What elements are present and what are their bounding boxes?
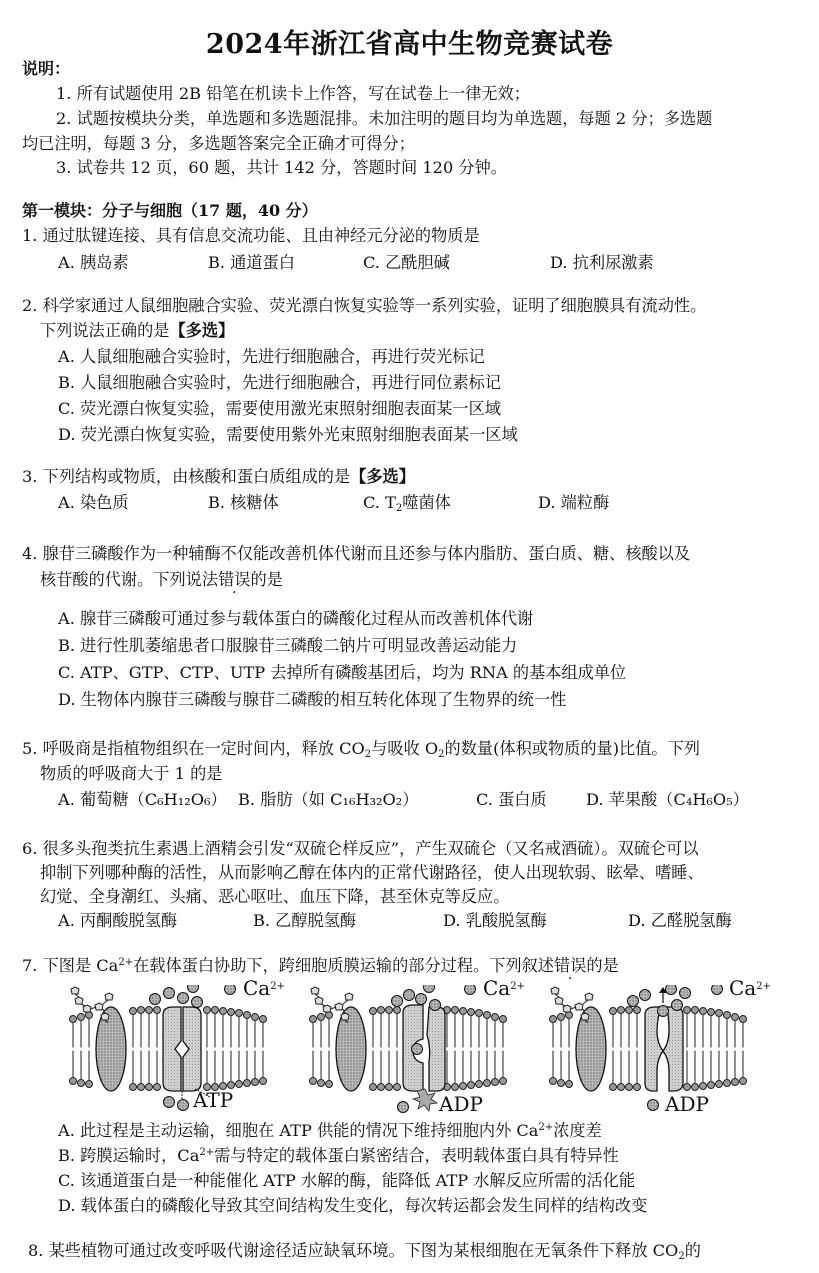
stem-text: 在载体蛋白协助下，跨细胞质膜运输的部分过程。下列叙述 bbox=[133, 956, 554, 975]
question-3-stem: 3. 下列结构或物质，由核酸和蛋白质组成的是【多选】 bbox=[22, 466, 415, 488]
question-6-stem-cont: 幻觉、全身潮红、头痛、恶心呕吐、血压下降，甚至休克等反应。 bbox=[40, 886, 509, 908]
option-a[interactable]: A. 葡萄糖（C₆H₁₂O₆） bbox=[58, 789, 227, 811]
stem-text: 7. 下图是 Ca bbox=[22, 956, 118, 975]
membrane-transport-figure: Ca2+ ATP Ca2+ ADP Ca2+ ADP bbox=[55, 985, 795, 1115]
option-a[interactable]: A. 人鼠细胞融合实验时，先进行细胞融合，再进行荧光标记 bbox=[58, 346, 485, 368]
ion-label: Ca bbox=[483, 976, 510, 1000]
option-d[interactable]: D. 端粒酶 bbox=[538, 492, 609, 514]
question-3-stem-text: 3. 下列结构或物质，由核酸和蛋白质组成的是 bbox=[22, 467, 350, 486]
stem-text: 与吸收 O bbox=[371, 739, 438, 758]
option-c[interactable]: C. ATP、GTP、CTP、UTP 去掉所有磷酸基团后，均为 RNA 的基本组… bbox=[58, 662, 626, 684]
option-b[interactable]: B. 脂肪（如 C₁₆H₃₂O₂） bbox=[238, 789, 419, 811]
option-d[interactable]: D. 抗利尿激素 bbox=[550, 252, 654, 274]
option-a[interactable]: A. 腺苷三磷酸可通过参与载体蛋白的磷酸化过程从而改善机体代谢 bbox=[58, 608, 533, 630]
option-b[interactable]: B. 核糖体 bbox=[208, 492, 279, 514]
option-c-tail: 噬菌体 bbox=[402, 493, 451, 512]
question-6-stem: 6. 很多头孢类抗生素遇上酒精会引发“双硫仑样反应”，产生双硫仑（又名戒酒硫）。… bbox=[22, 838, 699, 860]
option-text: A. 此过程是主动运输，细胞在 ATP 供能的情况下维持细胞内外 Ca bbox=[58, 1121, 538, 1140]
option-c[interactable]: C. 乙酰胆碱 bbox=[363, 252, 450, 274]
question-4-stem: 4. 腺苷三磷酸作为一种辅酶不仅能改善机体代谢而且还参与体内脂肪、蛋白质、糖、核… bbox=[22, 543, 690, 565]
superscript: 2+ bbox=[118, 957, 133, 968]
calcium-ion-label: Ca2+ bbox=[729, 977, 771, 999]
multi-select-tag: 【多选】 bbox=[350, 467, 415, 486]
option-text: B. 跨膜运输时，Ca bbox=[58, 1146, 199, 1165]
adp-label: ADP bbox=[439, 1093, 483, 1115]
multi-select-tag: 【多选】 bbox=[170, 321, 235, 340]
option-d[interactable]: D. 生物体内腺苷三磷酸与腺苷二磷酸的相互转化体现了生物界的统一性 bbox=[58, 689, 566, 711]
exam-page: 2024年浙江省高中生物竞赛试卷 说明： 1. 所有试题使用 2B 铅笔在机读卡… bbox=[0, 0, 819, 1273]
option-a[interactable]: A. 胰岛素 bbox=[58, 252, 129, 274]
option-b[interactable]: B. 跨膜运输时，Ca2+需与特定的载体蛋白紧密结合，表明载体蛋白具有特异性 bbox=[58, 1145, 619, 1167]
option-text: 浓度差 bbox=[553, 1121, 602, 1140]
stem-text: 的 bbox=[685, 1241, 701, 1260]
question-8-stem: 8. 某些植物可通过改变呼吸代谢途径适应缺氧环境。下图为某根细胞在无氧条件下释放… bbox=[28, 1240, 701, 1262]
stem-text: 的数量(体积或物质的量)比值。下列 bbox=[445, 739, 700, 758]
superscript: 2+ bbox=[270, 981, 285, 992]
option-c[interactable]: C. 蛋白质 bbox=[476, 789, 547, 811]
instruction-item: 1. 所有试题使用 2B 铅笔在机读卡上作答，写在试卷上一律无效； bbox=[56, 83, 530, 105]
option-d[interactable]: D. 乙醛脱氢酶 bbox=[628, 910, 732, 932]
question-1-stem: 1. 通过肽键连接、具有信息交流功能、且由神经元分泌的物质是 bbox=[22, 225, 480, 247]
question-3-options: A. 染色质 B. 核糖体 C. T2噬菌体 D. 端粒酶 bbox=[58, 492, 758, 514]
option-a[interactable]: A. 染色质 bbox=[58, 492, 129, 514]
stem-text: 的是 bbox=[586, 956, 618, 975]
superscript: 2+ bbox=[510, 981, 525, 992]
question-5-stem: 5. 呼吸商是指植物组织在一定时间内，释放 CO2与吸收 O2的数量(体积或物质… bbox=[22, 738, 700, 760]
instructions-heading: 说明： bbox=[22, 58, 70, 80]
question-6-options: A. 丙酮酸脱氢酶 B. 乙醇脱氢酶 D. 乳酸脱氢酶 D. 乙醛脱氢酶 bbox=[58, 910, 798, 932]
adp-label: ADP bbox=[665, 1093, 709, 1115]
option-a[interactable]: A. 丙酮酸脱氢酶 bbox=[58, 910, 177, 932]
question-2-stem: 2. 科学家通过人鼠细胞融合实验、荧光漂白恢复实验等一系列实验，证明了细胞膜具有… bbox=[22, 295, 706, 317]
atp-label: ATP bbox=[193, 1089, 233, 1111]
option-text: 需与特定的载体蛋白紧密结合，表明载体蛋白具有特异性 bbox=[214, 1146, 619, 1165]
option-d[interactable]: D. 苹果酸（C₄H₆O₅） bbox=[586, 789, 749, 811]
emphasis-text: 错误 bbox=[218, 570, 250, 589]
stem-text: 5. 呼吸商是指植物组织在一定时间内，释放 CO bbox=[22, 739, 365, 758]
option-c-text: C. T bbox=[363, 493, 396, 512]
ion-label: Ca bbox=[729, 976, 756, 1000]
option-c[interactable]: C. T2噬菌体 bbox=[363, 492, 451, 514]
module-heading: 第一模块：分子与细胞（17 题，40 分） bbox=[22, 200, 318, 222]
option-c[interactable]: D. 乳酸脱氢酶 bbox=[443, 910, 547, 932]
question-2-stem-cont: 下列说法正确的是【多选】 bbox=[40, 320, 234, 342]
question-1-options: A. 胰岛素 B. 通道蛋白 C. 乙酰胆碱 D. 抗利尿激素 bbox=[58, 252, 758, 274]
stem-text: 核苷酸的代谢。下列说法 bbox=[40, 570, 218, 589]
ion-label: Ca bbox=[243, 976, 270, 1000]
emphasis-text: 错误 bbox=[554, 956, 586, 975]
option-a[interactable]: A. 此过程是主动运输，细胞在 ATP 供能的情况下维持细胞内外 Ca2+浓度差 bbox=[58, 1120, 602, 1142]
option-c[interactable]: C. 荧光漂白恢复实验，需要使用激光束照射细胞表面某一区域 bbox=[58, 398, 501, 420]
question-2-stem-text: 下列说法正确的是 bbox=[40, 321, 170, 340]
option-d[interactable]: D. 载体蛋白的磷酸化导致其空间结构发生变化，每次转运都会发生同样的结构改变 bbox=[58, 1195, 647, 1217]
option-b[interactable]: B. 通道蛋白 bbox=[208, 252, 295, 274]
question-6-stem-cont: 抑制下列哪种酶的活性，从而影响乙醇在体内的正常代谢路径，使人出现软弱、眩晕、嗜睡… bbox=[40, 862, 704, 884]
calcium-ion-label: Ca2+ bbox=[483, 977, 525, 999]
superscript: 2+ bbox=[199, 1147, 214, 1158]
option-b[interactable]: B. 进行性肌萎缩患者口服腺苷三磷酸二钠片可明显改善运动能力 bbox=[58, 635, 517, 657]
membrane-panel-1 bbox=[69, 985, 267, 1111]
question-4-stem-cont: 核苷酸的代谢。下列说法错误的是 bbox=[40, 569, 283, 591]
question-5-options: A. 葡萄糖（C₆H₁₂O₆） B. 脂肪（如 C₁₆H₃₂O₂） C. 蛋白质… bbox=[58, 789, 798, 811]
calcium-ion-label: Ca2+ bbox=[243, 977, 285, 999]
page-title: 2024年浙江省高中生物竞赛试卷 bbox=[0, 22, 819, 61]
instruction-item: 2. 试题按模块分类，单选题和多选题混排。未加注明的题目均为单选题，每题 2 分… bbox=[56, 108, 712, 130]
superscript: 2+ bbox=[756, 981, 771, 992]
stem-text: 8. 某些植物可通过改变呼吸代谢途径适应缺氧环境。下图为某根细胞在无氧条件下释放… bbox=[28, 1241, 678, 1260]
question-7-stem: 7. 下图是 Ca2+在载体蛋白协助下，跨细胞质膜运输的部分过程。下列叙述错误的… bbox=[22, 955, 619, 977]
option-b[interactable]: B. 人鼠细胞融合实验时，先进行细胞融合，再进行同位素标记 bbox=[58, 372, 501, 394]
superscript: 2+ bbox=[538, 1122, 553, 1133]
option-d[interactable]: D. 荧光漂白恢复实验，需要使用紫外光束照射细胞表面某一区域 bbox=[58, 424, 518, 446]
instruction-item: 3. 试卷共 12 页，60 题，共计 142 分，答题时间 120 分钟。 bbox=[56, 157, 507, 179]
membrane-panel-3 bbox=[549, 985, 747, 1111]
question-5-stem-cont: 物质的呼吸商大于 1 的是 bbox=[40, 763, 222, 785]
option-c[interactable]: C. 该通道蛋白是一种能催化 ATP 水解的酶，能降低 ATP 水解反应所需的活… bbox=[58, 1170, 635, 1192]
option-b[interactable]: B. 乙醇脱氢酶 bbox=[253, 910, 356, 932]
stem-text: 的是 bbox=[250, 570, 282, 589]
instruction-item: 均已注明，每题 3 分，多选题答案完全正确才可得分； bbox=[22, 133, 415, 155]
